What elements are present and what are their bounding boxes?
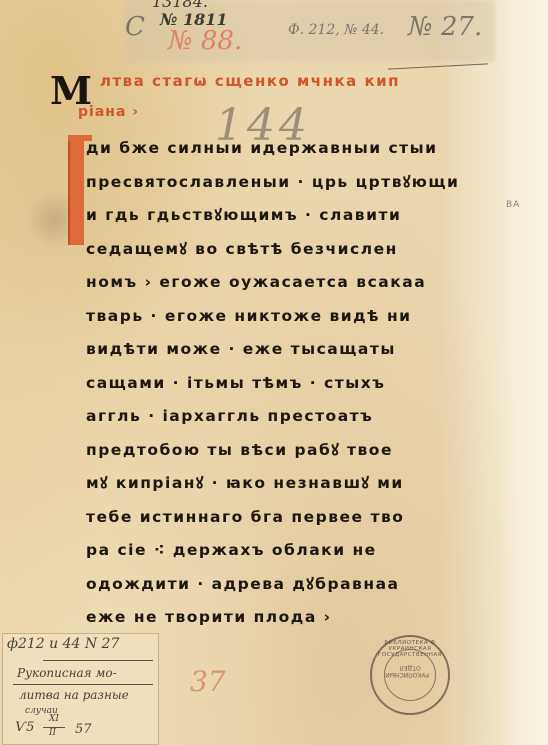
label-date-top: XI bbox=[49, 714, 59, 724]
label-underline bbox=[43, 660, 153, 661]
library-stamp: БИБЛИОТЕКА Ф УКРАИНСКАЯ ГОСУДАРСТВЕННАЯ … bbox=[370, 635, 450, 715]
fond-reference: Ф. 212, № 44. bbox=[288, 22, 384, 38]
body-initial-ornament bbox=[68, 135, 84, 245]
red-number: № 88. bbox=[168, 26, 242, 56]
label-underline bbox=[13, 684, 153, 685]
label-date-prefix: Ѵ5 bbox=[15, 720, 34, 735]
body-text: ди бже силныи идержавныи стыи пресвятосл… bbox=[86, 132, 506, 635]
text-line: пресвятославленыи · црь цртвꙋющи bbox=[86, 166, 506, 200]
page-edge bbox=[500, 0, 548, 745]
text-line: номъ › егоже оужасаетса всакаа bbox=[86, 266, 506, 300]
archive-label-card: ф212 и 44 N 27 Рукописная мо- литва на р… bbox=[2, 633, 159, 745]
text-line: тварь · егоже никтоже видѣ ни bbox=[86, 300, 506, 334]
label-line-1: Рукописная мо- bbox=[17, 666, 117, 680]
red-pencil-number: 37 bbox=[190, 665, 226, 698]
text-line: одождити · адрева дꙋбравнаа bbox=[86, 568, 506, 602]
text-line: видѣти може · еже тысащаты bbox=[86, 333, 506, 367]
pencil-stroke bbox=[388, 63, 488, 69]
heading-line-2: ріана › bbox=[78, 104, 139, 120]
margin-note: ВА bbox=[506, 200, 520, 210]
heading-line-1: лтва стагѡ сщенко мчнка кип bbox=[100, 72, 400, 90]
text-line: аггль · іархаггль престоатъ bbox=[86, 400, 506, 434]
shelf-number: № 27. bbox=[408, 12, 482, 42]
label-ref: ф212 и 44 N 27 bbox=[7, 636, 119, 652]
stamp-inner-circle: РУКОПИСНЫЙ ОТДЕЛ bbox=[384, 649, 436, 701]
text-line: и гдь гдьствꙋющимъ · славити bbox=[86, 199, 506, 233]
prefix-glyph: C bbox=[125, 12, 145, 42]
text-line: тебе истиннаго бга первее тво bbox=[86, 501, 506, 535]
text-line: седащемꙋ во свѣтѣ безчислен bbox=[86, 233, 506, 267]
text-line: сащами · ітьмы тѣмъ · стыхъ bbox=[86, 367, 506, 401]
text-line: предтобою ты вѣси рабꙋ твое bbox=[86, 434, 506, 468]
text-line: ди бже силныи идержавныи стыи bbox=[86, 132, 506, 166]
stamp-center-text: РУКОПИСНЫЙ ОТДЕЛ bbox=[391, 664, 429, 678]
text-line: мꙋ кипріанꙋ · ꙗко незнавшꙋ ми bbox=[86, 467, 506, 501]
manuscript-page: 13184. C № 1811 № 88. Ф. 212, № 44. № 27… bbox=[0, 0, 548, 745]
text-line: еже не творити плода › bbox=[86, 601, 506, 635]
label-date-bottom: II bbox=[49, 728, 56, 738]
label-line-2: литва на разные bbox=[19, 688, 129, 702]
label-date-year: 57 bbox=[75, 722, 92, 737]
text-line: ра сіе ⁖ держахъ облаки не bbox=[86, 534, 506, 568]
